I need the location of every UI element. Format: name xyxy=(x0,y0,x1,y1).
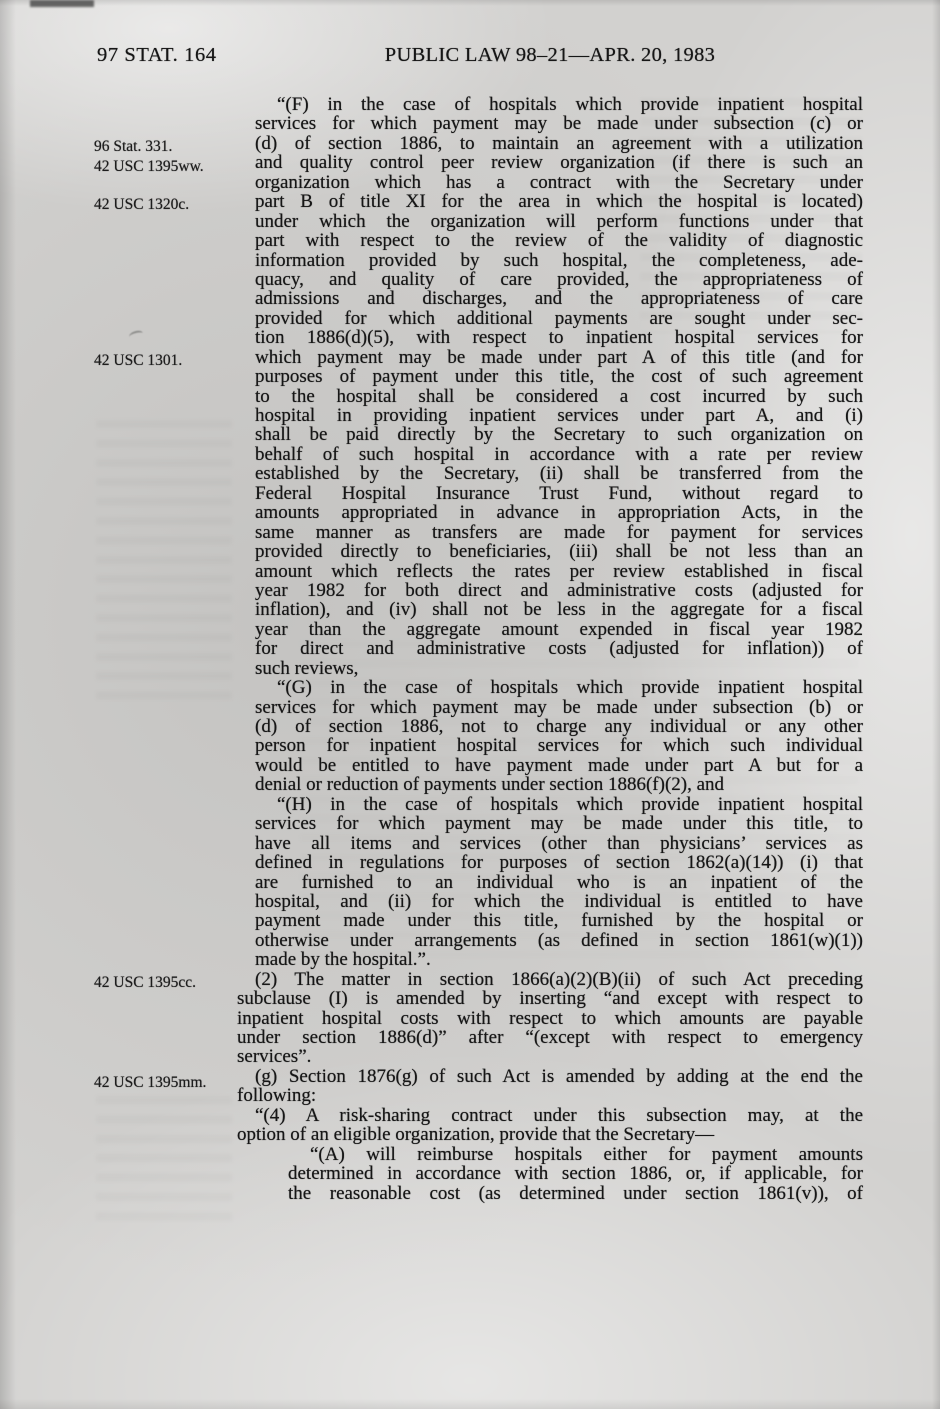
statute-text-line: otherwise under arrangements (as defined… xyxy=(255,931,863,950)
statute-text-line: services”. xyxy=(237,1047,863,1066)
statute-text-line: (2) The matter in section 1866(a)(2)(B)(… xyxy=(237,970,863,989)
statute-text-line: part B of title XI for the area in which… xyxy=(255,192,863,211)
statute-text-line: (d) of section 1886, to maintain an agre… xyxy=(255,134,863,153)
statute-text-line: established by the Secretary, (ii) shall… xyxy=(255,464,863,483)
scan-squiggle-mark xyxy=(128,330,143,340)
statute-text-column: “(F) in the case of hospitals which prov… xyxy=(237,95,863,1203)
statute-text-line: year 1982 for both direct and administra… xyxy=(255,581,863,600)
statute-text-line: year than the aggregate amount expended … xyxy=(255,620,863,639)
statute-text-line: “(F) in the case of hospitals which prov… xyxy=(255,95,863,114)
scan-edge-bottom xyxy=(0,1399,940,1409)
statute-text-line: behalf of such hospital in accordance wi… xyxy=(255,445,863,464)
scan-ghosting xyxy=(96,1096,232,1221)
statute-text-line: would be entitled to have payment made u… xyxy=(255,756,863,775)
statute-text-line: services for which payment may be made u… xyxy=(255,698,863,717)
statute-text-line: following: xyxy=(237,1086,863,1105)
margin-note-42-usc-1395mm: 42 USC 1395mm. xyxy=(94,1074,206,1092)
statute-text-line: have all items and services (other than … xyxy=(255,834,863,853)
statute-text-line: “(A) will reimburse hospitals either for… xyxy=(288,1145,863,1164)
scan-edge-left xyxy=(0,0,16,1409)
statute-text-line: provided for which additional payments a… xyxy=(255,309,863,328)
statute-text-line: which payment may be made under part A o… xyxy=(255,348,863,367)
margin-note-42-usc-1301: 42 USC 1301. xyxy=(94,352,182,370)
statute-text-line: admissions and discharges, and the appro… xyxy=(255,289,863,308)
paragraph-H: “(H) in the case of hospitals which prov… xyxy=(255,795,863,970)
statute-text-line: organization which has a contract with t… xyxy=(255,173,863,192)
statute-text-line: part with respect to the review of the v… xyxy=(255,231,863,250)
statute-text-line: amounts appropriated in advance in appro… xyxy=(255,503,863,522)
statute-text-line: defined in regulations for purposes of s… xyxy=(255,853,863,872)
statute-text-line: quacy, and quality of care provided, the… xyxy=(255,270,863,289)
statute-text-line: such reviews, xyxy=(255,659,863,678)
statute-text-line: are furnished to an individual who is an… xyxy=(255,873,863,892)
statute-text-line: to the hospital shall be considered a co… xyxy=(255,387,863,406)
law-running-head: PUBLIC LAW 98–21—APR. 20, 1983 xyxy=(237,44,863,67)
statute-text-line: under which the organization will perfor… xyxy=(255,212,863,231)
scan-edge-right xyxy=(932,0,940,1409)
statute-text-line: under section 1886(d)” after “(except wi… xyxy=(237,1028,863,1047)
scan-top-dash-artifact xyxy=(30,0,94,7)
paragraph-G: “(G) in the case of hospitals which prov… xyxy=(255,678,863,795)
statute-text-line: inflation), and (iv) shall not be less i… xyxy=(255,600,863,619)
statute-page-scan: 97 STAT. 164 PUBLIC LAW 98–21—APR. 20, 1… xyxy=(0,0,940,1409)
statute-text-line: person for inpatient hospital services f… xyxy=(255,736,863,755)
statute-text-line: shall be paid directly by the Secretary … xyxy=(255,425,863,444)
paragraph-4: “(4) A risk-sharing contract under this … xyxy=(237,1106,863,1145)
paragraph-F: “(F) in the case of hospitals which prov… xyxy=(255,95,863,678)
scan-edge-top xyxy=(0,0,940,6)
statute-text-line: denial or reduction of payments under se… xyxy=(255,775,863,794)
statute-text-line: purposes of payment under this title, th… xyxy=(255,367,863,386)
statute-text-line: hospital, and (ii) for which the individ… xyxy=(255,892,863,911)
margin-note-42-usc-1395cc: 42 USC 1395cc. xyxy=(94,974,196,992)
statute-text-line: amount which reflects the rates per revi… xyxy=(255,562,863,581)
statute-text-line: “(4) A risk-sharing contract under this … xyxy=(237,1106,863,1125)
statute-text-line: tion 1886(d)(5), with respect to inpatie… xyxy=(255,328,863,347)
statute-text-line: provided directly to beneficiaries, (iii… xyxy=(255,542,863,561)
statute-text-line: information provided by such hospital, t… xyxy=(255,251,863,270)
statute-text-line: and quality control peer review organiza… xyxy=(255,153,863,172)
statute-text-line: (d) of section 1886, not to charge any i… xyxy=(255,717,863,736)
statute-text-line: hospital in providing inpatient services… xyxy=(255,406,863,425)
statute-text-line: option of an eligible organization, prov… xyxy=(237,1125,863,1144)
statute-text-line: (g) Section 1876(g) of such Act is amend… xyxy=(237,1067,863,1086)
statute-text-line: Federal Hospital Insurance Trust Fund, w… xyxy=(255,484,863,503)
margin-note-42-usc-1395ww: 42 USC 1395ww. xyxy=(94,158,204,176)
margin-note-42-usc-1320c: 42 USC 1320c. xyxy=(94,196,189,214)
statute-text-line: services for which payment may be made u… xyxy=(255,114,863,133)
statute-text-line: made by the hospital.”. xyxy=(255,950,863,969)
page-number-stat: 97 STAT. 164 xyxy=(97,44,217,67)
paragraph-A: “(A) will reimburse hospitals either for… xyxy=(288,1145,863,1203)
statute-text-line: same manner as transfers are made for pa… xyxy=(255,523,863,542)
statute-text-line: payment made under this title, furnished… xyxy=(255,911,863,930)
statute-text-line: services for which payment may be made u… xyxy=(255,814,863,833)
statute-text-line: subclause (I) is amended by inserting “a… xyxy=(237,989,863,1008)
paragraph-2: (2) The matter in section 1866(a)(2)(B)(… xyxy=(237,970,863,1067)
scan-ghosting xyxy=(96,420,232,710)
margin-note-96-stat-331: 96 Stat. 331. xyxy=(94,138,172,156)
statute-text-line: “(G) in the case of hospitals which prov… xyxy=(255,678,863,697)
statute-text-line: determined in accordance with section 18… xyxy=(288,1164,863,1183)
statute-text-line: the reasonable cost (as determined under… xyxy=(288,1184,863,1203)
statute-text-line: for direct and administrative costs (adj… xyxy=(255,639,863,658)
paragraph-g: (g) Section 1876(g) of such Act is amend… xyxy=(237,1067,863,1106)
statute-text-line: “(H) in the case of hospitals which prov… xyxy=(255,795,863,814)
statute-text-line: inpatient hospital costs with respect to… xyxy=(237,1009,863,1028)
